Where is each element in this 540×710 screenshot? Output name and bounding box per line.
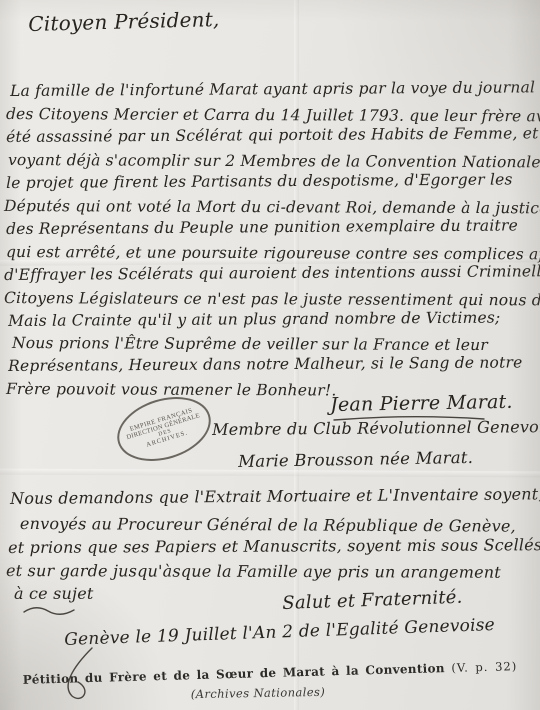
letter-line: des Citoyens Mercier et Carra du 14 Juil… bbox=[6, 105, 540, 125]
letter-salutation: Citoyen Président, bbox=[28, 7, 220, 36]
caption-page-ref: (V. p. 32) bbox=[451, 659, 517, 675]
closing-salut-et-fraternite: Salut et Fraternité. bbox=[282, 587, 463, 614]
letter-line: La famille de l'infortuné Marat ayant ap… bbox=[10, 78, 535, 100]
flourish-icon bbox=[20, 602, 80, 616]
postscript-line: envoyés au Procureur Général de la Répub… bbox=[20, 514, 516, 536]
letter-line: le projet que firent les Partisants du d… bbox=[6, 170, 513, 192]
postscript-line: et prions que ses Papiers et Manuscrits,… bbox=[8, 535, 540, 557]
dateline-geneve: Genève le 19 Juillet l'An 2 de l'Egalité… bbox=[64, 615, 495, 650]
signature-title: Membre du Club Révolutionnel Genevois bbox=[212, 417, 540, 439]
postscript-line: et sur garde jusqu'àsque la Famille aye … bbox=[6, 561, 501, 582]
caption-source: (Archives Nationales) bbox=[191, 685, 326, 701]
letter-line: été assassiné par un Scélérat qui portoi… bbox=[6, 124, 539, 146]
postscript-line: à ce sujet bbox=[14, 584, 94, 603]
letter-line: Mais la Crainte qu'il y ait un plus gran… bbox=[8, 309, 501, 330]
letter-line: Nous prions l'Être Suprême de veiller su… bbox=[12, 334, 488, 354]
letter-line: des Représentans du Peuple une punition … bbox=[6, 216, 518, 238]
letter-line: Représentans, Heureux dans notre Malheur… bbox=[8, 353, 523, 375]
signature-marie-brousson: Marie Brousson née Marat. bbox=[238, 448, 473, 471]
document-photo: Citoyen Président, La famille de l'infor… bbox=[0, 0, 540, 710]
letter-line: voyant déjà s'acomplir sur 2 Membres de … bbox=[8, 151, 540, 171]
postscript-line: Nous demandons que l'Extrait Mortuaire e… bbox=[10, 484, 540, 508]
letter-line: Citoyens Législateurs ce n'est pas le ju… bbox=[4, 289, 540, 310]
signature-jean-pierre-marat: Jean Pierre Marat. bbox=[330, 391, 513, 416]
archives-stamp: EMPIRE FRANÇAIS DIRECTION GÉNÉRALE DES A… bbox=[109, 386, 218, 471]
letter-line: d'Effrayer les Scélérats qui auroient de… bbox=[4, 262, 540, 284]
letter-line: Députés qui ont voté la Mort du ci-devan… bbox=[4, 197, 540, 217]
letter-line: qui est arrêté, et une poursuite rigoure… bbox=[6, 243, 540, 263]
